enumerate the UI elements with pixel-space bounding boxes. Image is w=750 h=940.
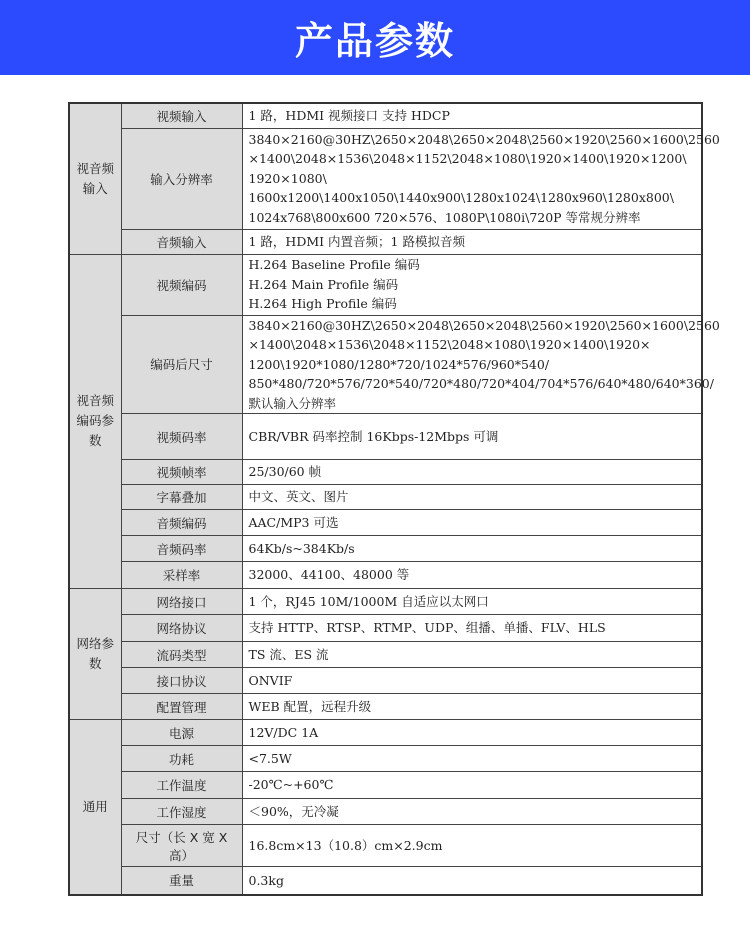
table-row: 重量0.3kg xyxy=(69,867,702,895)
spec-label: 视频编码 xyxy=(121,254,242,315)
spec-label: 尺寸（长 X 宽 X 高） xyxy=(121,825,242,867)
table-row: 音频输入1 路，HDMI 内置音频；1 路模拟音频 xyxy=(69,229,702,254)
spec-value-line: <7.5W xyxy=(249,749,696,769)
spec-label: 音频码率 xyxy=(121,536,242,562)
spec-value: H.264 Baseline Profile 编码H.264 Main Prof… xyxy=(242,254,702,315)
spec-value: ＜90%，无冷凝 xyxy=(242,799,702,825)
spec-label: 采样率 xyxy=(121,562,242,589)
spec-table: 视音频输入视频输入1 路，HDMI 视频接口 支持 HDCP输入分辨率3840×… xyxy=(68,102,703,896)
spec-label: 工作温度 xyxy=(121,772,242,799)
table-row: 网络参数网络接口1 个，RJ45 10M/1000M 自适应以太网口 xyxy=(69,589,702,615)
spec-label: 视频帧率 xyxy=(121,460,242,485)
spec-value-line: 1200\1920*1080/1280*720/1024*576/960*540… xyxy=(249,355,696,375)
table-row: 通用电源12V/DC 1A xyxy=(69,720,702,746)
spec-value-line: AAC/MP3 可选 xyxy=(249,513,696,533)
spec-value-line: 默认输入分辨率 xyxy=(249,394,696,414)
table-row: 工作温度-20℃~+60℃ xyxy=(69,772,702,799)
spec-label: 字幕叠加 xyxy=(121,485,242,510)
table-row: 工作湿度＜90%，无冷凝 xyxy=(69,799,702,825)
spec-label: 工作湿度 xyxy=(121,799,242,825)
spec-value-line: 3840×2160@30HZ\2650×2048\2650×2048\2560×… xyxy=(249,316,696,336)
spec-value-line: ＜90%，无冷凝 xyxy=(249,802,696,822)
category-av-encoding: 视音频编码参数 xyxy=(69,254,121,589)
spec-label: 接口协议 xyxy=(121,668,242,694)
spec-value-line: 32000、44100、48000 等 xyxy=(249,565,696,585)
table-row: 采样率32000、44100、48000 等 xyxy=(69,562,702,589)
table-row: 音频编码AAC/MP3 可选 xyxy=(69,510,702,536)
spec-value-line: TS 流、ES 流 xyxy=(249,645,696,665)
spec-label: 流码类型 xyxy=(121,642,242,668)
spec-label: 视频输入 xyxy=(121,103,242,128)
header-banner: 产品参数 xyxy=(0,0,750,75)
spec-label: 重量 xyxy=(121,867,242,895)
spec-label: 输入分辨率 xyxy=(121,128,242,229)
spec-value: 64Kb/s~384Kb/s xyxy=(242,536,702,562)
spec-value-line: WEB 配置，远程升级 xyxy=(249,697,696,717)
spec-value-line: 1600x1200\1400x1050\1440x900\1280x1024\1… xyxy=(249,188,696,208)
table-row: 尺寸（长 X 宽 X 高）16.8cm×13（10.8）cm×2.9cm xyxy=(69,825,702,867)
spec-value: WEB 配置，远程升级 xyxy=(242,694,702,720)
spec-value: ONVIF xyxy=(242,668,702,694)
category-network: 网络参数 xyxy=(69,589,121,720)
spec-value: 25/30/60 帧 xyxy=(242,460,702,485)
spec-label: 音频输入 xyxy=(121,229,242,254)
spec-label: 视频码率 xyxy=(121,414,242,460)
table-row: 网络协议支持 HTTP、RTSP、RTMP、UDP、组播、单播、FLV、HLS xyxy=(69,615,702,642)
spec-value: 1 个，RJ45 10M/1000M 自适应以太网口 xyxy=(242,589,702,615)
spec-value: <7.5W xyxy=(242,746,702,772)
spec-value-line: 1 路，HDMI 内置音频；1 路模拟音频 xyxy=(249,232,696,252)
page-title: 产品参数 xyxy=(295,10,455,65)
spec-value: 中文、英文、图片 xyxy=(242,485,702,510)
table-row: 视音频编码参数视频编码H.264 Baseline Profile 编码H.26… xyxy=(69,254,702,315)
spec-value: 16.8cm×13（10.8）cm×2.9cm xyxy=(242,825,702,867)
spec-value: 3840×2160@30HZ\2650×2048\2650×2048\2560×… xyxy=(242,315,702,414)
spec-label: 配置管理 xyxy=(121,694,242,720)
spec-label: 网络接口 xyxy=(121,589,242,615)
spec-value-line: 16.8cm×13（10.8）cm×2.9cm xyxy=(249,836,696,856)
table-row: 输入分辨率3840×2160@30HZ\2650×2048\2650×2048\… xyxy=(69,128,702,229)
spec-value: 32000、44100、48000 等 xyxy=(242,562,702,589)
spec-value: 3840×2160@30HZ\2650×2048\2650×2048\2560×… xyxy=(242,128,702,229)
spec-label: 音频编码 xyxy=(121,510,242,536)
spec-value-line: H.264 High Profile 编码 xyxy=(249,294,696,314)
spec-value-line: -20℃~+60℃ xyxy=(249,775,696,795)
spec-label: 电源 xyxy=(121,720,242,746)
spec-value-line: ONVIF xyxy=(249,671,696,691)
spec-value: TS 流、ES 流 xyxy=(242,642,702,668)
spec-value: CBR/VBR 码率控制 16Kbps-12Mbps 可调 xyxy=(242,414,702,460)
spec-value: 12V/DC 1A xyxy=(242,720,702,746)
spec-label: 网络协议 xyxy=(121,615,242,642)
spec-value-line: 1024x768\800x600 720×576、1080P\1080i\720… xyxy=(249,208,696,228)
table-row: 视频帧率25/30/60 帧 xyxy=(69,460,702,485)
spec-value-line: ×1400\2048×1536\2048×1152\2048×1080\1920… xyxy=(249,335,696,355)
spec-value: 0.3kg xyxy=(242,867,702,895)
spec-value: AAC/MP3 可选 xyxy=(242,510,702,536)
spec-value-line: H.264 Main Profile 编码 xyxy=(249,275,696,295)
spec-label: 编码后尺寸 xyxy=(121,315,242,414)
spec-value-line: 0.3kg xyxy=(249,871,696,891)
table-row: 视音频输入视频输入1 路，HDMI 视频接口 支持 HDCP xyxy=(69,103,702,128)
table-row: 配置管理WEB 配置，远程升级 xyxy=(69,694,702,720)
spec-value-line: 64Kb/s~384Kb/s xyxy=(249,539,696,559)
spec-value-line: 850*480/720*576/720*540/720*480/720*404/… xyxy=(249,374,696,394)
spec-value-line: ×1400\2048×1536\2048×1152\2048×1080\1920… xyxy=(249,149,696,169)
spec-value-line: 25/30/60 帧 xyxy=(249,462,696,482)
category-av-input: 视音频输入 xyxy=(69,103,121,254)
table-row: 字幕叠加中文、英文、图片 xyxy=(69,485,702,510)
spec-value-line: 1 个，RJ45 10M/1000M 自适应以太网口 xyxy=(249,592,696,612)
table-row: 接口协议ONVIF xyxy=(69,668,702,694)
spec-value: 1 路，HDMI 视频接口 支持 HDCP xyxy=(242,103,702,128)
spec-value-line: 1920×1080\ xyxy=(249,169,696,189)
table-row: 功耗<7.5W xyxy=(69,746,702,772)
table-row: 流码类型TS 流、ES 流 xyxy=(69,642,702,668)
spec-value-line: CBR/VBR 码率控制 16Kbps-12Mbps 可调 xyxy=(249,427,696,447)
spec-value-line: 1 路，HDMI 视频接口 支持 HDCP xyxy=(249,106,696,126)
category-general: 通用 xyxy=(69,720,121,895)
spec-label: 功耗 xyxy=(121,746,242,772)
spec-value-line: H.264 Baseline Profile 编码 xyxy=(249,255,696,275)
spec-value: 支持 HTTP、RTSP、RTMP、UDP、组播、单播、FLV、HLS xyxy=(242,615,702,642)
spec-value-line: 12V/DC 1A xyxy=(249,723,696,743)
table-row: 视频码率CBR/VBR 码率控制 16Kbps-12Mbps 可调 xyxy=(69,414,702,460)
spec-value-line: 3840×2160@30HZ\2650×2048\2650×2048\2560×… xyxy=(249,130,696,150)
spec-value: 1 路，HDMI 内置音频；1 路模拟音频 xyxy=(242,229,702,254)
spec-value-line: 中文、英文、图片 xyxy=(249,487,696,507)
table-row: 编码后尺寸3840×2160@30HZ\2650×2048\2650×2048\… xyxy=(69,315,702,414)
spec-value: -20℃~+60℃ xyxy=(242,772,702,799)
table-row: 音频码率64Kb/s~384Kb/s xyxy=(69,536,702,562)
spec-value-line: 支持 HTTP、RTSP、RTMP、UDP、组播、单播、FLV、HLS xyxy=(249,618,696,638)
